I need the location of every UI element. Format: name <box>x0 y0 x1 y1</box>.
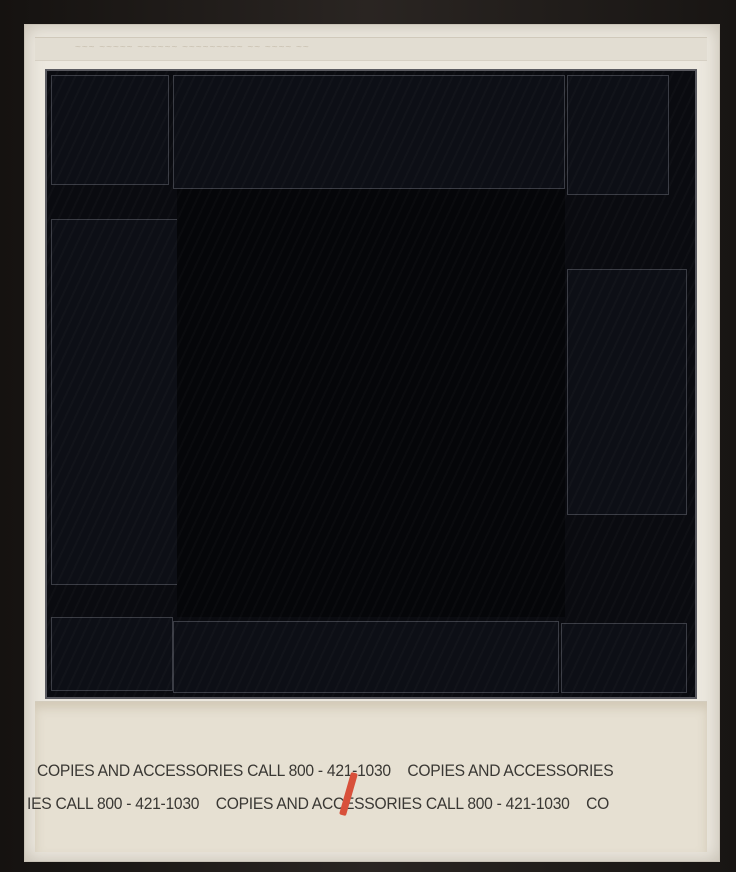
film-pane <box>51 219 181 585</box>
top-strip: ~~~ ~~~~~ ~~~~~~ ~~~~~~~~~ ~~ ~~~~ ~~ <box>35 37 707 61</box>
print-text: IES CALL 800 - 421-1030 <box>27 794 199 813</box>
film-pane <box>51 617 173 691</box>
film-pane <box>567 75 669 195</box>
print-line-1: COPIES AND ACCESSORIES CALL 800 - 421-10… <box>37 761 655 781</box>
print-text: CO <box>586 794 609 813</box>
print-text: COPIES AND ACCESSORIES CALL 800 - 421-10… <box>216 794 570 813</box>
print-text: COPIES AND ACCESSORIES CALL 800 - 421-10… <box>37 761 391 780</box>
instant-film-back: ~~~ ~~~~~ ~~~~~~ ~~~~~~~~~ ~~ ~~~~ ~~ CO… <box>24 24 720 862</box>
print-text: COPIES AND ACCESSORIES <box>407 761 613 780</box>
black-film-area <box>45 69 697 699</box>
film-pane <box>51 75 169 185</box>
film-pane <box>173 75 565 189</box>
film-pane <box>567 269 687 515</box>
print-line-2: IES CALL 800 - 421-1030COPIES AND ACCESS… <box>27 794 645 814</box>
film-pane <box>173 621 559 693</box>
film-center <box>177 189 565 617</box>
film-pane <box>561 623 687 693</box>
faded-top-text: ~~~ ~~~~~ ~~~~~~ ~~~~~~~~~ ~~ ~~~~ ~~ <box>75 42 310 53</box>
printed-bottom-band: COPIES AND ACCESSORIES CALL 800 - 421-10… <box>35 701 707 852</box>
